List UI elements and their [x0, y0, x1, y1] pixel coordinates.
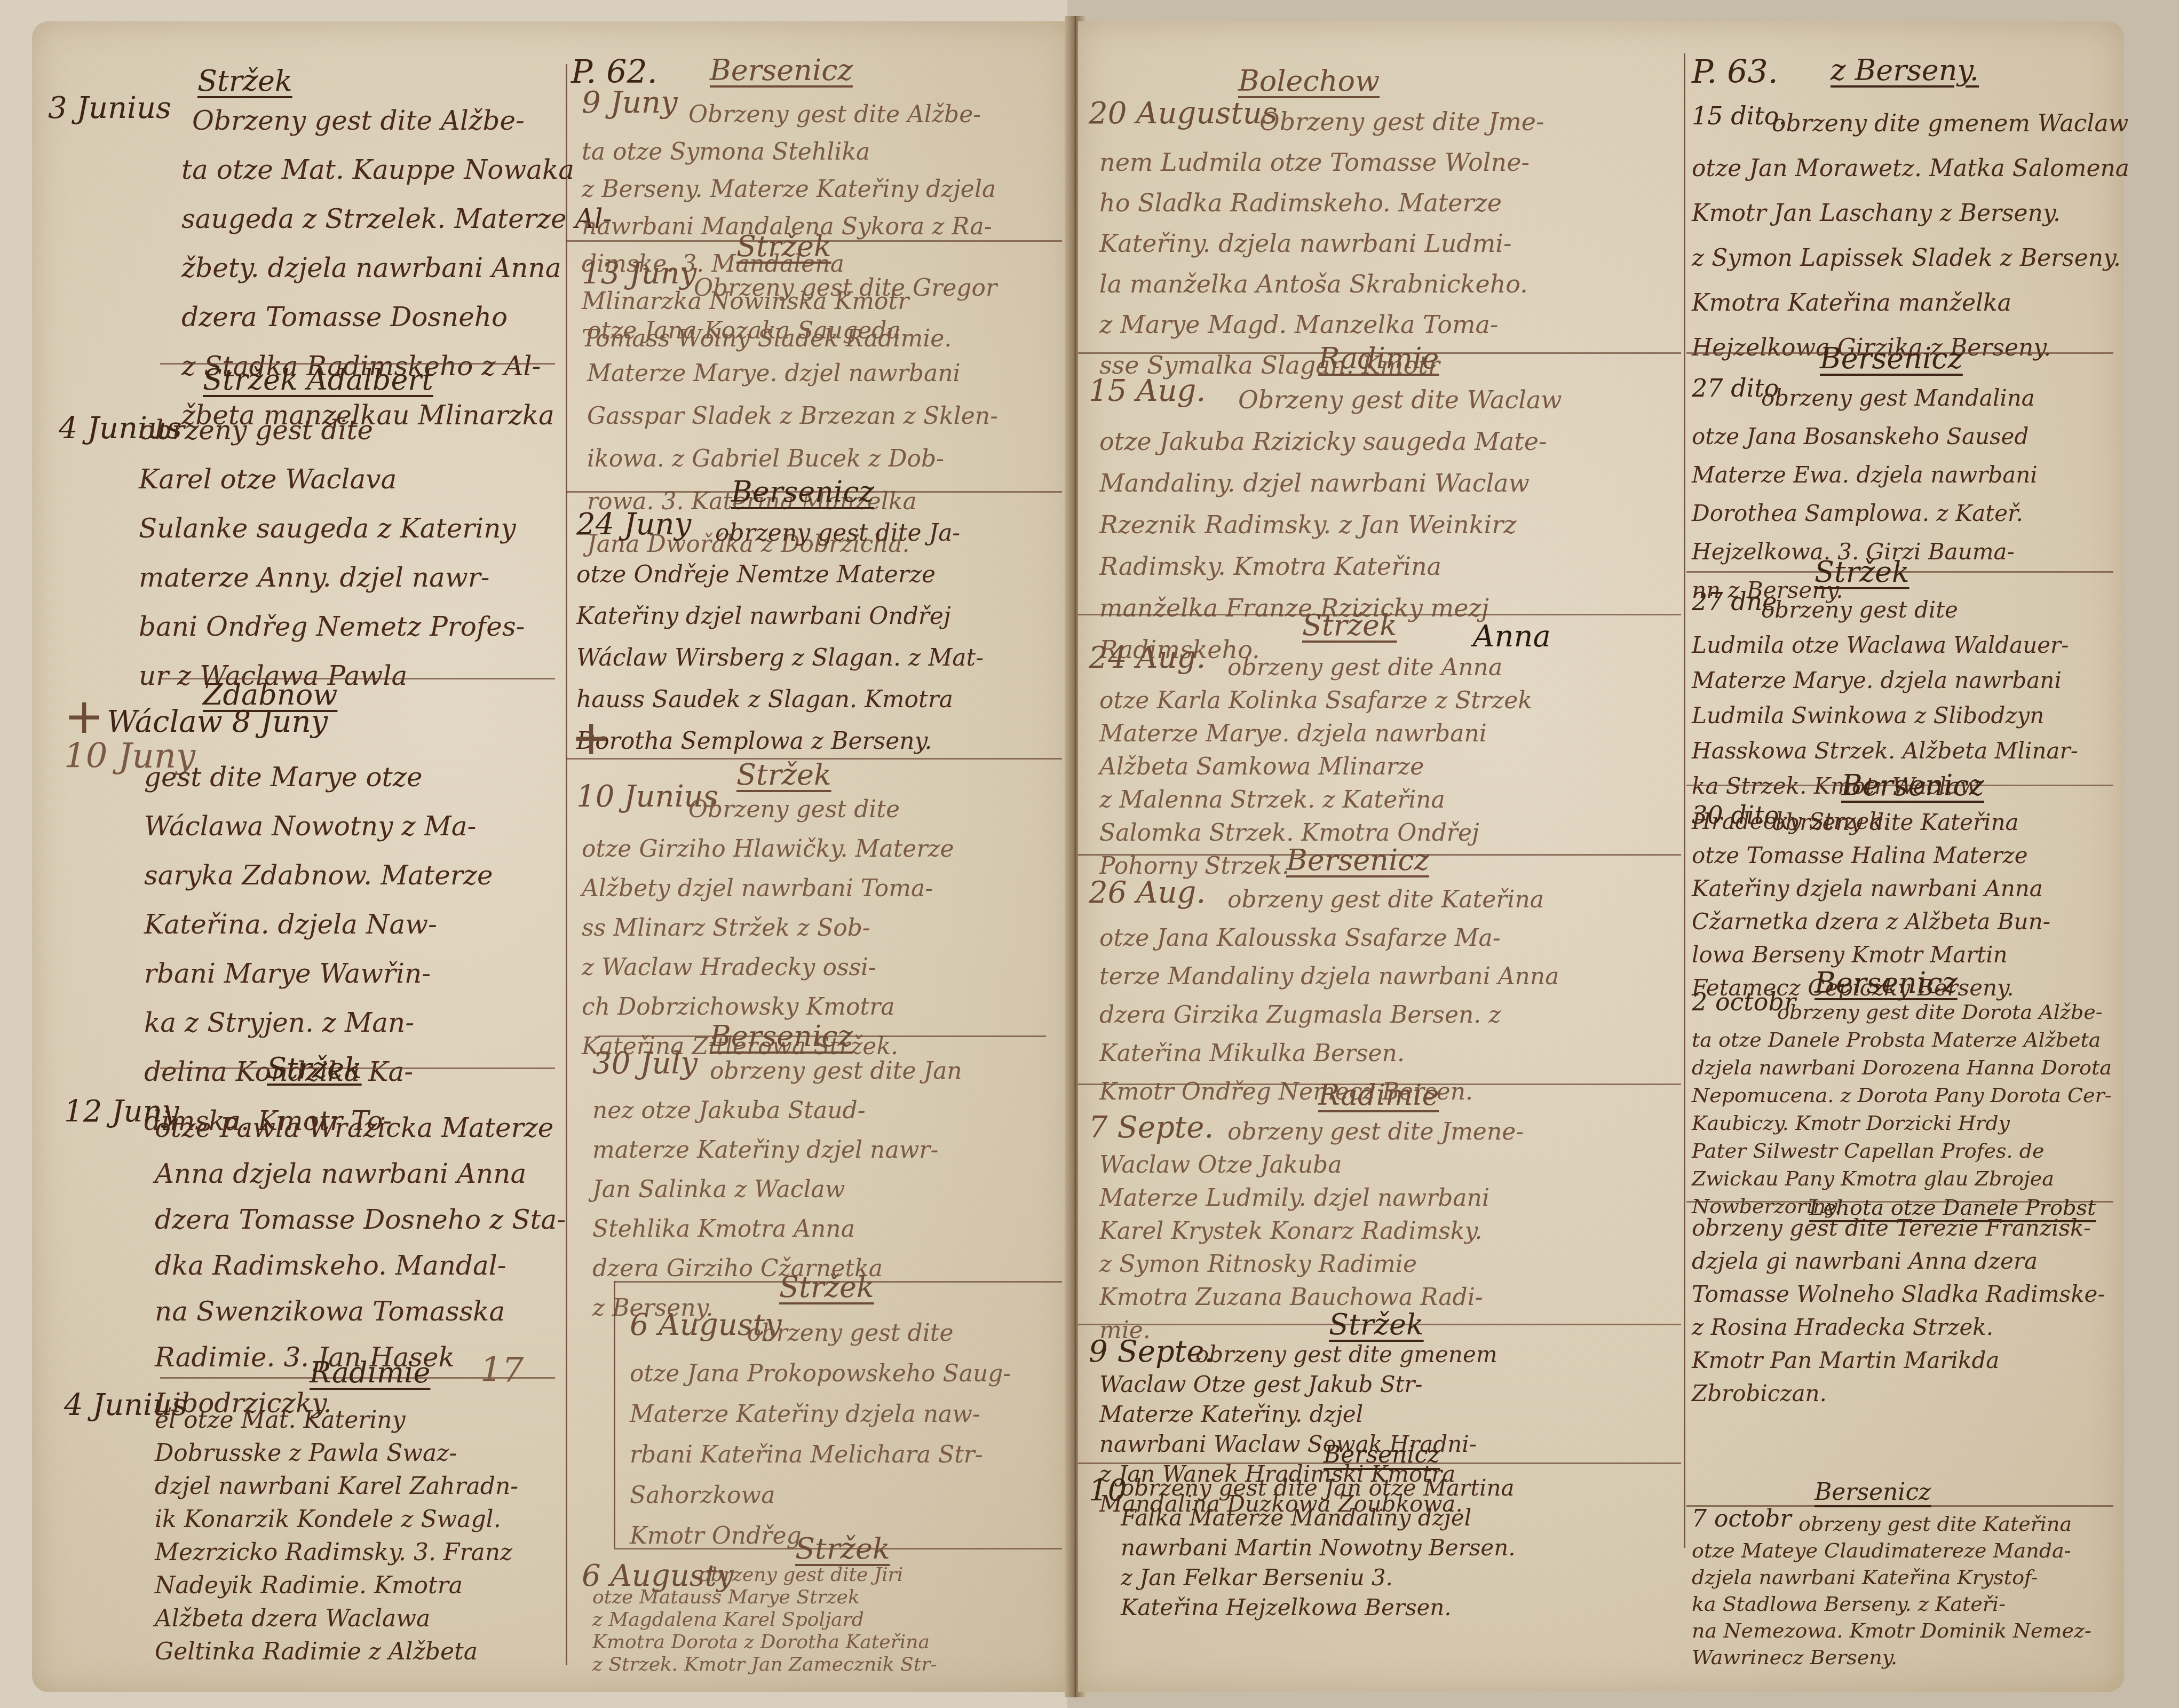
entry-text: obrzeny dite gmenem Waclaw otze Jan Mora… — [1692, 101, 2129, 370]
entry-text: obrzeny gest dite Jan otze Martina Falka… — [1121, 1473, 1516, 1623]
entry-line: otze Jana Kalousska Ssafarze Ma- — [1099, 919, 1559, 958]
entry-line: Kateřina. dzjela Naw- — [144, 900, 493, 949]
entry-line: Gasspar Sladek z Brzezan z Sklen- — [587, 395, 998, 438]
entry-line: terze Mandaliny dzjela nawrbani Anna — [1099, 958, 1559, 996]
entry-line: Zwickau Pany Kmotra glau Zbrojea — [1692, 1165, 2112, 1192]
village-heading: Stržek Adalbert — [203, 363, 433, 397]
entry-line: obrzeny gest dite Jan — [592, 1051, 962, 1091]
village-heading: Stržek — [1329, 1308, 1424, 1341]
entry-line: el otze Mat. Kateriny — [155, 1404, 518, 1437]
village-heading: Bersenicz — [1814, 966, 1958, 1000]
village-heading: Stržek — [1302, 608, 1397, 642]
entry-line: Dorothea Samplowa. z Kateř. — [1692, 494, 2038, 533]
village-heading: Stržek — [1814, 555, 1909, 589]
entry-line: Kateřiny dzjela nawrbani Anna — [1692, 872, 2050, 905]
entry-line: Materze Kateřiny. dzjel — [1099, 1399, 1497, 1429]
entry-line: rbani Marye Wawřin- — [144, 949, 493, 998]
entry-line: z Waclaw Hradecky ossi- — [582, 948, 954, 987]
entry-line: gest dite Marye otze — [144, 753, 493, 802]
entry-line: Hasskowa Strzek. Alžbeta Mlinar- — [1692, 733, 2078, 769]
village-heading: Stržek — [267, 1051, 362, 1085]
entry-line: ho Sladka Radimskeho. Materze — [1099, 183, 1544, 223]
entry-line: Sahorzkowa — [630, 1475, 1011, 1516]
entry-line: Mezrzicko Radimsky. 3. Franz — [155, 1536, 518, 1569]
entry-line: dka Radimskeho. Mandal- — [155, 1243, 566, 1288]
entry-line: Geltinka Radimie z Alžbeta — [155, 1635, 518, 1669]
entry-line: z Berseny. Materze Kateřiny dzjela — [582, 171, 996, 208]
entry-line: Alžbeta Samkowa Mlinarze — [1099, 750, 1532, 784]
entry-line: obrzeny gest Mandalina — [1692, 379, 2038, 417]
entry-line: Ludmila otze Waclawa Waldauer- — [1692, 628, 2078, 663]
village-heading: Bolechow — [1238, 64, 1380, 98]
entry-line: Kateřiny. dzjela nawrbani Ludmi- — [1099, 223, 1544, 264]
entry-text: obrzeny gest dite otze Jana Prokopowskeh… — [630, 1313, 1011, 1556]
entry-line: Obrzeny gest dite Waclaw — [1099, 379, 1562, 421]
entry-line: Sulanke saugeda z Kateriny — [139, 504, 525, 553]
entry-text: gest dite Marye otze Wáclawa Nowotny z M… — [144, 753, 493, 1145]
entry-line: Materze Marye. dzjel nawrbani — [587, 352, 998, 395]
entry-line: Materze Marye. dzjela nawrbani — [1099, 717, 1532, 750]
entry-line: z Jan Felkar Berseniu 3. — [1121, 1563, 1516, 1593]
entry-line: z Marye Magd. Manzelka Toma- — [1099, 304, 1544, 345]
entry-line: obrzeny gest dite Dorota Alžbe- — [1692, 998, 2112, 1026]
entry-line: nem Ludmila otze Tomasse Wolne- — [1099, 142, 1544, 183]
entry-line: bani Ondřeg Nemetz Profes- — [139, 602, 525, 651]
entry-line: otze Mateye Claudimatereze Manda- — [1692, 1537, 2091, 1564]
entry-text: obrzeny gest dite Jan nez otze Jakuba St… — [592, 1051, 962, 1328]
entry-line: Radimsky. Kmotra Kateřina — [1099, 545, 1562, 587]
entry-line: ikowa. z Gabriel Bucek z Dob- — [587, 438, 998, 480]
right-page: Bolechow 20 Augustus Obrzeny gest dite J… — [1078, 21, 2124, 1692]
village-heading: Stržek — [795, 1532, 890, 1565]
entry-line: z Strzek. Kmotr Jan Zamecznik Str- — [592, 1654, 937, 1676]
entry-text: obrzeny gest dite Kateřina otze Mateye C… — [1692, 1511, 2091, 1671]
entry-line: obrzeny gest dite — [630, 1313, 1011, 1354]
entry-line: ta otze Danele Probsta Materze Alžbeta — [1692, 1026, 2112, 1054]
right-page-column-divider — [1684, 53, 1685, 1548]
entry-line: dzera Tomasse Dosneho — [75, 292, 612, 342]
village-heading: Bersenicz — [1841, 769, 1984, 802]
entry-line: Nepomucena. z Dorota Pany Dorota Cer- — [1692, 1081, 2112, 1109]
entry-text: obrzeny gest dite Jmene- Waclaw Otze Jak… — [1099, 1116, 1524, 1347]
entry-line: Kateřina Mikulka Bersen. — [1099, 1034, 1559, 1073]
village-heading: Radimie — [1318, 1078, 1439, 1112]
entry-line: Wáclaw Wirsberg z Slagan. z Mat- — [576, 637, 984, 679]
entry-line: Anna dzjela nawrbani Anna — [155, 1151, 566, 1197]
entry-line: Zbrobiczan. — [1692, 1377, 2105, 1410]
entry-line: materze Kateřiny dzjel nawr- — [592, 1130, 962, 1170]
entry-text: el otze Mat. Kateriny Dobrusske z Pawla … — [155, 1404, 518, 1669]
left-page: Stržek 3 Junius Obrzeny gest dite Alžbe-… — [32, 21, 1073, 1692]
entry-line: Pater Silwestr Capellan Profes. de — [1692, 1137, 2112, 1165]
entry-line: rbani Kateřina Melichara Str- — [630, 1435, 1011, 1475]
entry-line: otze Girziho Hlawičky. Materze — [582, 829, 954, 869]
entry-line: dzjel nawrbani Karel Zahradn- — [155, 1470, 518, 1503]
godparent-name-annotation: Anna — [1473, 619, 1551, 654]
entry-line: Materze Ludmily. dzjel nawrbani — [1099, 1182, 1524, 1215]
entry-line: otze Jakuba Rzizicky saugeda Mate- — [1099, 421, 1562, 462]
entry-line: Rzeznik Radimsky. z Jan Weinkirz — [1099, 504, 1562, 545]
entry-line: obrzeny gest dite Ja- — [576, 512, 984, 554]
register-book-spread: Stržek 3 Junius Obrzeny gest dite Alžbe-… — [0, 0, 2179, 1708]
village-heading: Bersenicz — [1286, 843, 1429, 877]
entry-line: Kmotr Pan Martin Marikda — [1692, 1344, 2105, 1377]
entry-line: Kaubiczy. Kmotr Dorzicki Hrdy — [1692, 1109, 2112, 1137]
entry-line: Alžbeta dzera Waclawa — [155, 1602, 518, 1635]
entry-line: Kateřiny dzjel nawrbani Ondřej — [576, 596, 984, 637]
entry-line: obrzeny dite gmenem Waclaw — [1692, 101, 2129, 146]
entry-line: Dorotha Semplowa z Berseny. — [576, 721, 984, 762]
entry-line: Obrzeny gest dite Gregor — [587, 267, 998, 310]
entry-line: Waclaw Otze gest Jakub Str- — [1099, 1370, 1497, 1399]
village-heading: Stržek — [779, 1270, 874, 1304]
entry-line: žbety. dzjela nawrbani Anna — [75, 243, 612, 292]
entry-line: otze Jan Morawetz. Matka Salomena — [1692, 146, 2129, 191]
entry-line: Cžarnetka dzera z Alžbeta Bun- — [1692, 905, 2050, 938]
entry-line: Tomasse Wolneho Sladka Radimske- — [1692, 1278, 2105, 1311]
village-heading: Bersenicz — [1820, 342, 1963, 375]
entry-line: Mandaliny. dzjel nawrbani Waclaw — [1099, 462, 1562, 504]
entry-line: Obrzeny gest dite Alžbe- — [582, 96, 996, 133]
entry-line: materze Anny. dzjel nawr- — [139, 553, 525, 602]
entry-line: Obrzeny gest dite Alžbe- — [75, 96, 612, 145]
entry-line: otze Karla Kolinka Ssafarze z Strzek — [1099, 684, 1532, 717]
entry-line: Stehlika Kmotra Anna — [592, 1209, 962, 1249]
entry-line: otze Pawla Wrazicka Materze — [155, 1105, 566, 1151]
entry-line: obrzeny dite Kateřina — [1692, 806, 2050, 839]
entry-line: z Symon Ritnosky Radimie — [1099, 1248, 1524, 1281]
entry-line: z Rosina Hradecka Strzek. — [1692, 1311, 2105, 1344]
village-heading: Bersenicz — [1814, 1478, 1931, 1506]
entry-line: Materze Kateřiny dzjela naw- — [630, 1394, 1011, 1435]
entry-line: Kmotra Kateřina manželka — [1692, 281, 2129, 326]
entry-line: otze Matauss Marye Strzek — [592, 1586, 937, 1609]
entry-line: otze Ondřeje Nemtze Materze — [576, 554, 984, 596]
entry-line: obrzeny gest dite Jmene- — [1099, 1116, 1524, 1149]
village-heading: Radimie — [1318, 342, 1439, 375]
entry-line: Wawrinecz Berseny. — [1692, 1644, 2091, 1671]
entry-text: obrzeny gest dite Terezie Franzisk- dzje… — [1692, 1212, 2105, 1410]
entry-line: saryka Zdabnow. Materze — [144, 851, 493, 900]
entry-text: obrzeny gest dite Kateřina otze Jana Kal… — [1099, 881, 1559, 1111]
village-heading: Stržek — [736, 230, 831, 263]
entry-line: obrzeny gest dite Anna — [1099, 651, 1532, 684]
entry-line: Kmotr Jan Laschany z Berseny. — [1692, 191, 2129, 236]
entry-line: obrzeny gest dite Jan otze Martina — [1121, 1473, 1516, 1503]
entry-line: obrzeny gest dite Kateřina — [1099, 881, 1559, 919]
entry-line: obrzeny gest dite Terezie Franzisk- — [1692, 1212, 2105, 1245]
entry-line: Karel Krystek Konarz Radimsky. — [1099, 1215, 1524, 1248]
entry-line: Dobrusske z Pawla Swaz- — [155, 1437, 518, 1470]
entry-line: obrzeny gest dite Kateřina — [1692, 1511, 2091, 1537]
entry-line: obrzeny gest dite — [139, 406, 525, 455]
village-heading: Stržek — [736, 758, 831, 792]
entry-line: otze Jana Prokopowskeho Saug- — [630, 1354, 1011, 1394]
entry-line: nawrbani Martin Nowotny Bersen. — [1121, 1533, 1516, 1563]
entry-line: z Magdalena Karel Spoljard — [592, 1609, 937, 1631]
entry-line: dzjela gi nawrbani Anna dzera — [1692, 1245, 2105, 1278]
entry-line: Obrzeny gest dite Jme- — [1099, 101, 1544, 142]
village-heading: z Berseny. — [1831, 53, 1979, 87]
cross-mark: + — [571, 710, 611, 766]
entry-line: Ludmila Swinkowa z Slibodzyn — [1692, 698, 2078, 733]
village-heading: Bersenicz — [1324, 1441, 1440, 1468]
entry-line: obrzeny gest dite Jiri — [592, 1564, 937, 1586]
entry-line: na Swenzikowa Tomasska — [155, 1288, 566, 1334]
entry-line: ka z Stryjen. z Man- — [144, 998, 493, 1047]
entry-line: otze Tomasse Halina Materze — [1692, 839, 2050, 872]
entry-line: dzera Tomasse Dosneho z Sta- — [155, 1197, 566, 1243]
entry-line: na Nemezowa. Kmotr Dominik Nemez- — [1692, 1617, 2091, 1644]
entry-line: Materze Marye. dzjela nawrbani — [1692, 663, 2078, 698]
entry-line: ik Konarzik Kondele z Swagl. — [155, 1503, 518, 1536]
entry-line: Kmotra Dorota z Dorotha Kateřina — [592, 1631, 937, 1654]
entry-text: obrzeny gest dite Karel otze Waclava Sul… — [139, 406, 525, 700]
entry-line: Jan Salinka z Waclaw — [592, 1170, 962, 1209]
entry-line: Falka Materze Mandaliny dzjel — [1121, 1503, 1516, 1533]
entry-date: Wáclaw 8 Juny — [107, 705, 328, 739]
entry-line: otze Jana Bosanskeho Saused — [1692, 417, 2038, 456]
entry-line: Wáclawa Nowotny z Ma- — [144, 802, 493, 851]
entry-line: ta otze Symona Stehlika — [582, 133, 996, 171]
entry-text: obrzeny gest dite Ja- otze Ondřeje Nemtz… — [576, 512, 984, 762]
entry-line: ss Mlinarz Stržek z Sob- — [582, 908, 954, 948]
entry-line: hauss Saudek z Slagan. Kmotra — [576, 679, 984, 721]
village-heading: Radimie — [310, 1356, 430, 1389]
page-number: P. 63. — [1692, 53, 1778, 91]
entry-text: obrzeny gest dite Dorota Alžbe- ta otze … — [1692, 998, 2112, 1220]
entry-line: z Symon Lapissek Sladek z Berseny. — [1692, 236, 2129, 281]
entry-text: obrzeny gest dite Jiri otze Matauss Mary… — [592, 1564, 937, 1676]
entry-line: dzera Girzika Zugmasla Bersen. z — [1099, 996, 1559, 1034]
entry-line: Nadeyik Radimie. Kmotra — [155, 1569, 518, 1602]
entry-line: z Malenna Strzek. z Kateřina — [1099, 784, 1532, 817]
village-heading: Stržek — [197, 64, 292, 98]
entry-line: nez otze Jakuba Staud- — [592, 1091, 962, 1130]
entry-line: Waclaw Otze Jakuba — [1099, 1149, 1524, 1182]
entry-line: Alžbety dzjel nawrbani Toma- — [582, 869, 954, 908]
entry-line: dzjela nawrbani Kateřina Krystof- — [1692, 1564, 2091, 1591]
entry-line: ka Stadlowa Berseny. z Kateři- — [1692, 1591, 2091, 1617]
entry-line: obrzeny gest dite gmenem — [1099, 1340, 1497, 1370]
entry-line: Kmotra Zuzana Bauchowa Radi- — [1099, 1281, 1524, 1314]
entry-line: obrzeny gest dite — [1692, 592, 2078, 628]
entry-line: Kateřina Hejzelkowa Bersen. — [1121, 1593, 1516, 1623]
entry-line: saugeda z Strzelek. Materze Al- — [75, 194, 612, 243]
entry-line: otze Jana Kozaka Saugeda — [587, 310, 998, 352]
village-heading: Bersenicz — [731, 475, 874, 509]
entry-line: Materze Ewa. dzjela nawrbani — [1692, 456, 2038, 494]
margin-date: 17 — [480, 1350, 524, 1390]
entry-line: dzjela nawrbani Dorozena Hanna Dorota — [1692, 1054, 2112, 1081]
village-heading: Bersenicz — [710, 1019, 853, 1053]
entry-line: Obrzeny gest dite — [582, 790, 954, 829]
entry-box-left-edge — [614, 1281, 615, 1548]
village-heading: Bersenicz — [710, 53, 853, 87]
entry-line: Karel otze Waclava — [139, 455, 525, 504]
entry-line: la manželka Antoša Skrabnickeho. — [1099, 264, 1544, 304]
entry-line: ta otze Mat. Kauppe Nowaka — [75, 145, 612, 194]
